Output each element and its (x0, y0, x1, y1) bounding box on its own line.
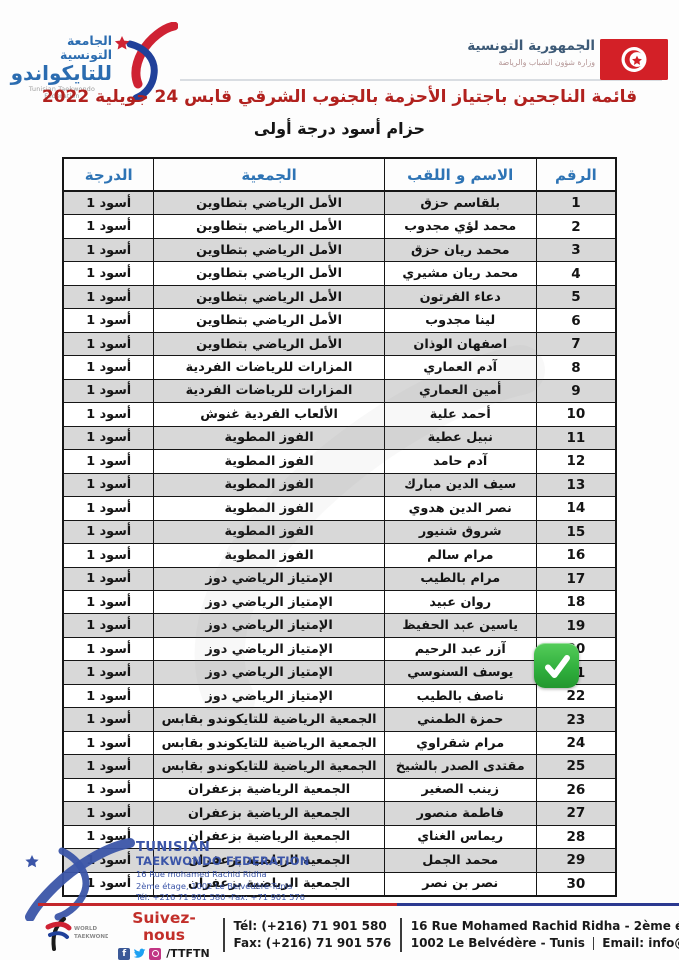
cell-name: آدم حامد (385, 450, 537, 472)
cell-number: 22 (537, 685, 615, 707)
cell-name: مرام سالم (385, 544, 537, 566)
cell-club: الأمل الرياضي بتطاوين (154, 262, 384, 284)
cell-number: 28 (537, 826, 615, 848)
cell-number: 19 (537, 614, 615, 636)
cell-degree: أسود 1 (64, 450, 154, 472)
cell-degree: أسود 1 (64, 403, 154, 425)
watermark-swoosh-icon (18, 833, 136, 921)
cell-name: ريماس الغناي (385, 826, 537, 848)
telfax-block: Tél: (+216) 71 901 580 Fax: (+216) 71 90… (234, 918, 392, 952)
cell-name: محمد الجمل (385, 849, 537, 871)
table-row: 13 سيف الدين مبارك الفوز المطوية أسود 1 (64, 473, 615, 496)
cell-degree: أسود 1 (64, 309, 154, 331)
svg-text:TAEKWONDO: TAEKWONDO (74, 934, 108, 940)
table-row: 27 فاطمة منصور الجمعية الرياضية بزعفران … (64, 801, 615, 824)
cell-name: محمد ريان مشيري (385, 262, 537, 284)
cell-number: 4 (537, 262, 615, 284)
table-row: 1 بلقاسم حزق الأمل الرياضي بتطاوين أسود … (64, 192, 615, 214)
cell-club: الأمل الرياضي بتطاوين (154, 215, 384, 237)
cell-club: الفوز المطوية (154, 497, 384, 519)
header-divider (180, 79, 662, 81)
cell-number: 9 (537, 380, 615, 402)
cell-club: الإمتياز الرياضي دوز (154, 661, 384, 683)
table-row: 10 أحمد علية الألعاب الفردية غنوش أسود 1 (64, 402, 615, 425)
cell-club: الألعاب الفردية غنوش (154, 403, 384, 425)
cell-number: 25 (537, 755, 615, 777)
instagram-icon (149, 948, 161, 960)
table-header-row: الرقم الاسم و اللقب الجمعية الدرجة (64, 159, 615, 192)
table-row: 8 آدم العماري المزارات للرياضات الفردية … (64, 355, 615, 378)
cell-degree: أسود 1 (64, 614, 154, 636)
federation-title-ar1: الجامعة التونسية (12, 34, 112, 62)
header-degree: الدرجة (64, 159, 154, 190)
table-row: 17 مرام بالطيب الإمتياز الرياضي دوز أسود… (64, 567, 615, 590)
cell-name: ياسين عبد الحفيظ (385, 614, 537, 636)
table-row: 21 يوسف السنوسي الإمتياز الرياضي دوز أسو… (64, 660, 615, 683)
table-row: 12 آدم حامد الفوز المطوية أسود 1 (64, 449, 615, 472)
cell-name: بلقاسم حزق (385, 192, 537, 214)
page-title: قائمة الناجحين باجتياز الأحزمة بالجنوب ا… (0, 87, 679, 107)
cell-name: مرام بالطيب (385, 568, 537, 590)
cell-club: الفوز المطوية (154, 427, 384, 449)
cell-degree: أسود 1 (64, 192, 154, 214)
svg-text:WORLD: WORLD (74, 926, 97, 932)
cell-name: محمد ريان حزق (385, 239, 537, 261)
header-club: الجمعية (154, 159, 384, 190)
social-handle: /TTFTN (166, 947, 210, 960)
cell-name: مرام شقراوي (385, 732, 537, 754)
cell-degree: أسود 1 (64, 427, 154, 449)
world-taekwondo-logo: WORLD TAEKWONDO (42, 915, 108, 955)
cell-name: ناصف بالطيب (385, 685, 537, 707)
cell-degree: أسود 1 (64, 779, 154, 801)
cell-degree: أسود 1 (64, 755, 154, 777)
cell-number: 13 (537, 474, 615, 496)
footer-separator (38, 903, 679, 906)
cell-number: 6 (537, 309, 615, 331)
follow-label: Suivez-nous (114, 910, 214, 944)
address-line2: 1002 Le Belvédère - Tunis (411, 935, 585, 952)
government-ministry: وزارة شؤون الشباب والرياضة (467, 58, 595, 67)
cell-degree: أسود 1 (64, 802, 154, 824)
cell-degree: أسود 1 (64, 356, 154, 378)
cell-name: محمد لؤي مجدوب (385, 215, 537, 237)
cell-number: 18 (537, 591, 615, 613)
federation-watermark: TUNISIAN TAEKWONDO FEDERATION 16 Rue moh… (18, 833, 348, 921)
address-block: 16 Rue Mohamed Rachid Ridha - 2ème étage… (411, 918, 679, 952)
table-row: 3 محمد ريان حزق الأمل الرياضي بتطاوين أس… (64, 238, 615, 261)
table-row: 7 اصفهان الوذان الأمل الرياضي بتطاوين أس… (64, 332, 615, 355)
cell-name: اصفهان الوذان (385, 333, 537, 355)
cell-club: الإمتياز الرياضي دوز (154, 614, 384, 636)
cell-degree: أسود 1 (64, 708, 154, 730)
table-row: 23 حمزة الطمني الجمعية الرياضية للتايكون… (64, 707, 615, 730)
watermark-line2: TAEKWONDO FEDERATION (136, 855, 310, 868)
table-row: 24 مرام شقراوي الجمعية الرياضية للتايكون… (64, 731, 615, 754)
cell-number: 26 (537, 779, 615, 801)
cell-name: روان عبيد (385, 591, 537, 613)
table-row: 4 محمد ريان مشيري الأمل الرياضي بتطاوين … (64, 261, 615, 284)
table-row: 26 زينب الصغير الجمعية الرياضية بزعفران … (64, 778, 615, 801)
cell-club: الإمتياز الرياضي دوز (154, 685, 384, 707)
cell-name: فاطمة منصور (385, 802, 537, 824)
cell-degree: أسود 1 (64, 474, 154, 496)
government-title: الجمهورية التونسية (467, 38, 595, 55)
cell-club: الجمعية الرياضية للتايكوندو بقابس (154, 708, 384, 730)
cell-club: الإمتياز الرياضي دوز (154, 591, 384, 613)
cell-number: 8 (537, 356, 615, 378)
cell-name: لينا مجدوب (385, 309, 537, 331)
cell-club: الإمتياز الرياضي دوز (154, 638, 384, 660)
cell-number: 23 (537, 708, 615, 730)
table-row: 25 مقتدى الصدر بالشيخ الجمعية الرياضية ل… (64, 754, 615, 777)
cell-club: الفوز المطوية (154, 544, 384, 566)
green-check-icon (534, 643, 579, 688)
cell-number: 2 (537, 215, 615, 237)
cell-number: 16 (537, 544, 615, 566)
cell-degree: أسود 1 (64, 380, 154, 402)
government-block: الجمهورية التونسية وزارة شؤون الشباب وال… (467, 38, 595, 67)
cell-degree: أسود 1 (64, 685, 154, 707)
cell-club: المزارات للرياضات الفردية (154, 356, 384, 378)
cell-club: الأمل الرياضي بتطاوين (154, 239, 384, 261)
address-line1: 16 Rue Mohamed Rachid Ridha - 2ème étage (411, 918, 679, 935)
cell-club: الجمعية الرياضية بزعفران (154, 802, 384, 824)
cell-club: المزارات للرياضات الفردية (154, 380, 384, 402)
cell-number: 1 (537, 192, 615, 214)
watermark-addr1: 16 Rue mohamed Rachid Ridha (136, 870, 310, 880)
table-row: 9 أمين العماري المزارات للرياضات الفردية… (64, 379, 615, 402)
cell-name: حمزة الطمني (385, 708, 537, 730)
cell-degree: أسود 1 (64, 262, 154, 284)
cell-number: 11 (537, 427, 615, 449)
cell-club: الأمل الرياضي بتطاوين (154, 192, 384, 214)
header-name: الاسم و اللقب (385, 159, 537, 190)
watermark-addr3: Tél: +216 71 901 580 -Fax: +71 901 576 (136, 893, 310, 903)
footer-divider-2 (400, 918, 402, 952)
table-row: 11 نبيل عطية الفوز المطوية أسود 1 (64, 426, 615, 449)
cell-name: آدم العماري (385, 356, 537, 378)
footer: WORLD TAEKWONDO Suivez-nous f /TTFTN Tél… (0, 912, 679, 958)
cell-degree: أسود 1 (64, 544, 154, 566)
cell-degree: أسود 1 (64, 286, 154, 308)
cell-number: 10 (537, 403, 615, 425)
separator-red (38, 903, 397, 906)
cell-club: الأمل الرياضي بتطاوين (154, 286, 384, 308)
cell-degree: أسود 1 (64, 591, 154, 613)
cell-name: نصر الدين هدوي (385, 497, 537, 519)
table-row: 2 محمد لؤي مجدوب الأمل الرياضي بتطاوين أ… (64, 214, 615, 237)
results-table: الرقم الاسم و اللقب الجمعية الدرجة 1 بلق… (62, 157, 617, 897)
cell-number: 3 (537, 239, 615, 261)
cell-degree: أسود 1 (64, 333, 154, 355)
cell-name: زينب الصغير (385, 779, 537, 801)
cell-name: دعاء الفرتون (385, 286, 537, 308)
cell-name: يوسف السنوسي (385, 661, 537, 683)
cell-club: الفوز المطوية (154, 450, 384, 472)
federation-title-ar2: للتايكواندو (12, 62, 112, 84)
cell-degree: أسود 1 (64, 521, 154, 543)
cell-club: الجمعية الرياضية للتايكوندو بقابس (154, 732, 384, 754)
table-row: 18 روان عبيد الإمتياز الرياضي دوز أسود 1 (64, 590, 615, 613)
table-row: 20 آزر عبد الرحيم الإمتياز الرياضي دوز أ… (64, 637, 615, 660)
cell-number: 27 (537, 802, 615, 824)
table-body: 1 بلقاسم حزق الأمل الرياضي بتطاوين أسود … (64, 192, 615, 895)
cell-degree: أسود 1 (64, 215, 154, 237)
tunisia-flag-icon (600, 39, 668, 80)
cell-degree: أسود 1 (64, 732, 154, 754)
cell-number: 24 (537, 732, 615, 754)
twitter-icon (133, 947, 146, 960)
watermark-line1: TUNISIAN (136, 841, 310, 855)
watermark-text: TUNISIAN TAEKWONDO FEDERATION 16 Rue moh… (136, 833, 310, 921)
table-row: 22 ناصف بالطيب الإمتياز الرياضي دوز أسود… (64, 684, 615, 707)
header-number: الرقم (537, 159, 615, 190)
page-subtitle: حزام أسود درجة أولى (0, 119, 679, 138)
cell-number: 14 (537, 497, 615, 519)
table-row: 19 ياسين عبد الحفيظ الإمتياز الرياضي دوز… (64, 613, 615, 636)
footer-divider-1 (223, 918, 225, 952)
cell-degree: أسود 1 (64, 568, 154, 590)
cell-club: الجمعية الرياضية للتايكوندو بقابس (154, 755, 384, 777)
cell-number: 29 (537, 849, 615, 871)
cell-number: 5 (537, 286, 615, 308)
follow-block: Suivez-nous f /TTFTN (114, 910, 214, 960)
cell-name: نصر بن نصر (385, 873, 537, 895)
separator-blue (397, 903, 679, 906)
cell-name: أمين العماري (385, 380, 537, 402)
cell-number: 15 (537, 521, 615, 543)
watermark-addr2: 2ème étage, 1002 Le Belvédère-Tunis (136, 882, 310, 892)
cell-number: 30 (537, 873, 615, 895)
cell-name: شروق شنيور (385, 521, 537, 543)
social-row: f /TTFTN (114, 947, 214, 960)
cell-club: الأمل الرياضي بتطاوين (154, 333, 384, 355)
cell-club: الأمل الرياضي بتطاوين (154, 309, 384, 331)
cell-name: سيف الدين مبارك (385, 474, 537, 496)
cell-name: أحمد علية (385, 403, 537, 425)
cell-degree: أسود 1 (64, 661, 154, 683)
tel-label: Tél: (+216) 71 901 580 (234, 918, 392, 935)
fax-label: Fax: (+216) 71 901 576 (234, 935, 392, 952)
cell-degree: أسود 1 (64, 638, 154, 660)
document-page: الجامعة التونسية للتايكواندو Tunisian Ta… (0, 0, 679, 960)
table-row: 16 مرام سالم الفوز المطوية أسود 1 (64, 543, 615, 566)
table-row: 14 نصر الدين هدوي الفوز المطوية أسود 1 (64, 496, 615, 519)
cell-club: الإمتياز الرياضي دوز (154, 568, 384, 590)
cell-club: الفوز المطوية (154, 521, 384, 543)
cell-number: 17 (537, 568, 615, 590)
cell-name: نبيل عطية (385, 427, 537, 449)
cell-name: آزر عبد الرحيم (385, 638, 537, 660)
cell-club: الفوز المطوية (154, 474, 384, 496)
cell-degree: أسود 1 (64, 239, 154, 261)
cell-number: 7 (537, 333, 615, 355)
footer-divider-3 (593, 937, 594, 950)
cell-number: 12 (537, 450, 615, 472)
email-label: Email: info@ttf.tn (602, 935, 679, 952)
cell-degree: أسود 1 (64, 497, 154, 519)
cell-club: الجمعية الرياضية بزعفران (154, 779, 384, 801)
table-row: 6 لينا مجدوب الأمل الرياضي بتطاوين أسود … (64, 308, 615, 331)
cell-name: مقتدى الصدر بالشيخ (385, 755, 537, 777)
facebook-icon: f (118, 948, 130, 960)
table-row: 15 شروق شنيور الفوز المطوية أسود 1 (64, 520, 615, 543)
table-row: 5 دعاء الفرتون الأمل الرياضي بتطاوين أسو… (64, 285, 615, 308)
